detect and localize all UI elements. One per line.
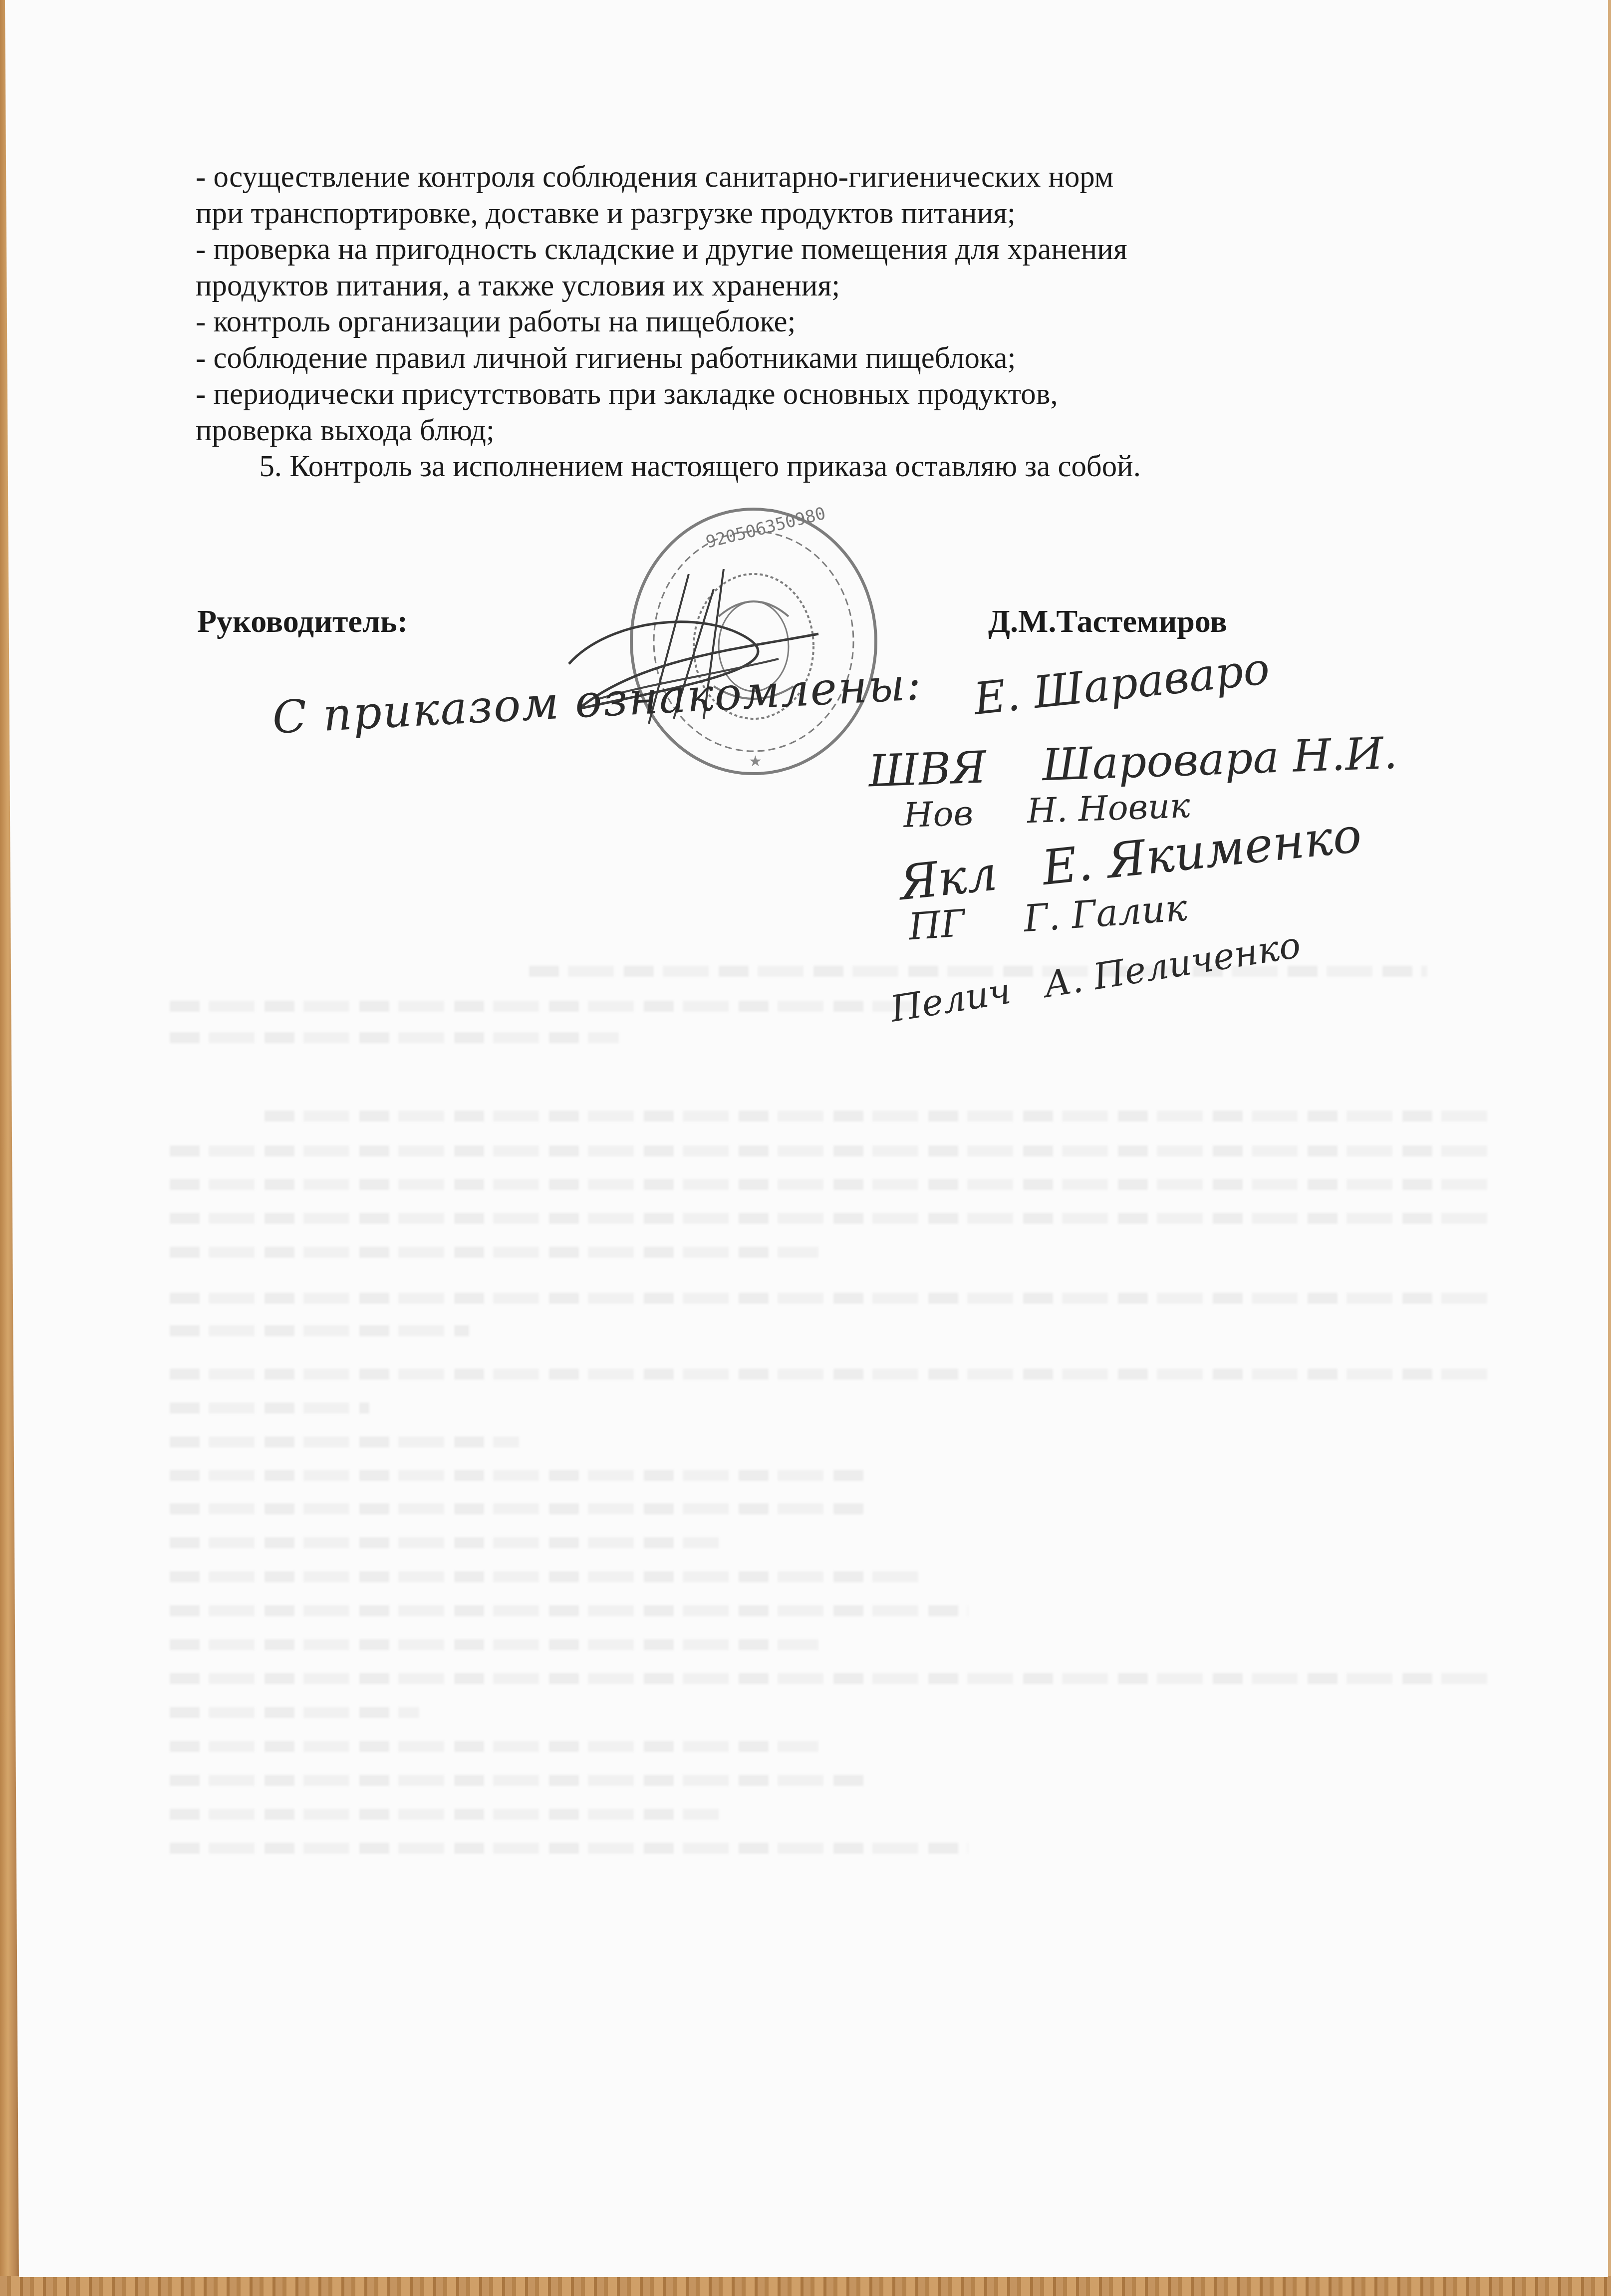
signature-initials: ШВЯ xyxy=(868,741,988,797)
bleed-through-line xyxy=(170,1605,968,1616)
bleed-through-line xyxy=(170,1001,918,1012)
body-line: - периодически присутствовать при заклад… xyxy=(196,376,1408,412)
bleed-through-line xyxy=(170,1537,719,1548)
bleed-through-line xyxy=(170,1775,868,1786)
body-line: продуктов питания, а также условия их хр… xyxy=(196,268,1408,304)
body-line: - осуществление контроля соблюдения сани… xyxy=(196,159,1408,195)
body-line: - проверка на пригодность складские и др… xyxy=(196,231,1408,268)
bleed-through-line xyxy=(170,1843,968,1854)
signatory-name: Д.М.Тастемиров xyxy=(988,603,1227,640)
order-body: - осуществление контроля соблюдения сани… xyxy=(196,159,1408,485)
bleed-through-line xyxy=(170,1503,868,1514)
bleed-through-line xyxy=(170,1673,1492,1684)
wood-background-bottom xyxy=(0,2276,1611,2296)
bleed-through-line xyxy=(170,1707,419,1718)
bleed-through-line xyxy=(170,1571,918,1582)
signature-initials: ПГ xyxy=(907,902,967,949)
bleed-through-line xyxy=(170,1293,1492,1304)
signatory-role: Руководитель: xyxy=(197,603,408,640)
bleed-through-line xyxy=(170,1179,1492,1190)
wood-background-right xyxy=(1608,0,1611,2296)
bleed-through-line xyxy=(170,1247,818,1258)
bleed-through-line xyxy=(170,1325,469,1336)
bleed-through-line xyxy=(170,1213,1492,1224)
signature-initials: Нов xyxy=(903,794,974,836)
svg-text:★: ★ xyxy=(749,753,762,770)
bleed-through-line xyxy=(170,1146,1492,1156)
bleed-through-line xyxy=(170,1809,719,1820)
bleed-through-line xyxy=(170,1032,619,1043)
bleed-through-line xyxy=(170,1639,818,1650)
body-line: при транспортировке, доставке и разгрузк… xyxy=(196,195,1408,232)
body-line: - соблюдение правил личной гигиены работ… xyxy=(196,340,1408,376)
clause-5: 5. Контроль за исполнением настоящего пр… xyxy=(196,448,1408,485)
signature-name: Н. Новик xyxy=(1027,786,1191,831)
bleed-through-line xyxy=(170,1436,519,1447)
bleed-through-line xyxy=(170,1470,868,1481)
bleed-through-line xyxy=(170,1403,369,1414)
bleed-through-line xyxy=(170,1369,1492,1380)
body-line: проверка выхода блюд; xyxy=(196,412,1408,449)
body-line: - контроль организации работы на пищебло… xyxy=(196,303,1408,340)
bleed-through-line xyxy=(170,1741,818,1752)
bleed-through-line xyxy=(265,1111,1492,1122)
